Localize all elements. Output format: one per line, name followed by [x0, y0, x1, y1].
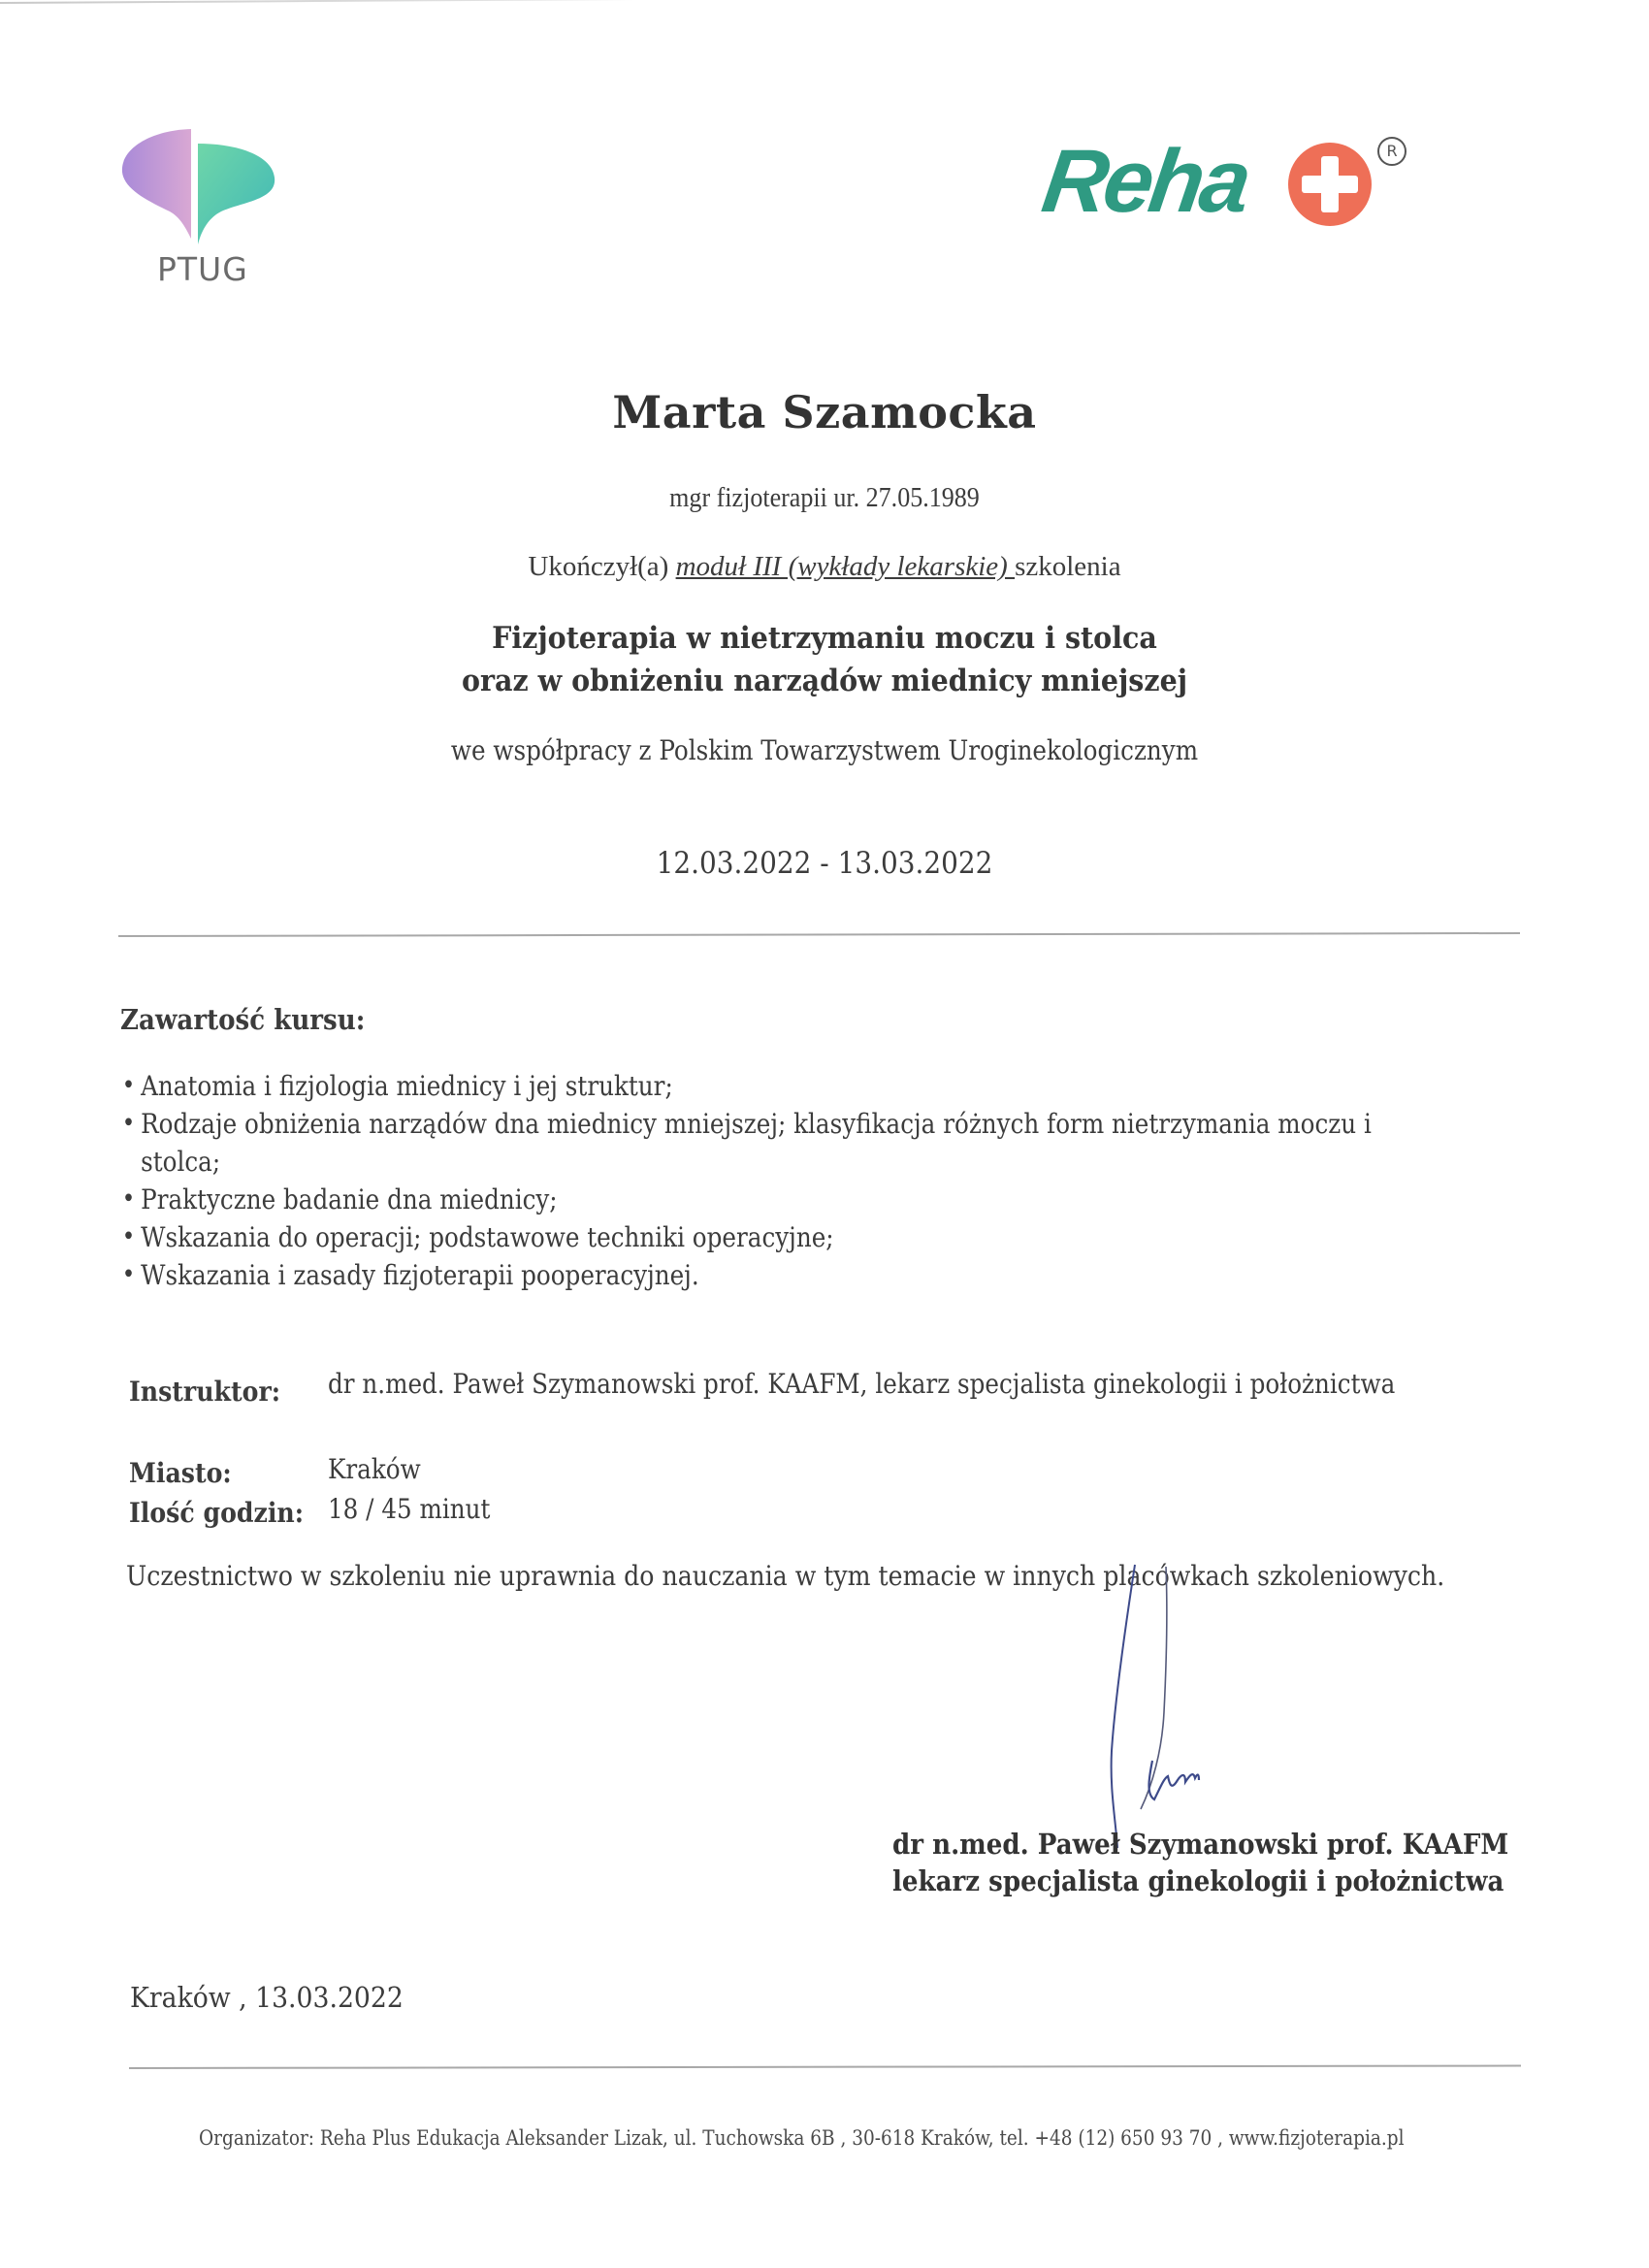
- signer-block: dr n.med. Paweł Szymanowski prof. KAAFM …: [892, 1826, 1508, 1899]
- recipient-details: mgr fizjoterapii ur. 27.05.1989: [58, 483, 1592, 514]
- hours-value: 18 / 45 minut: [328, 1493, 490, 1525]
- course-title: Fizjoterapia w nietrzymaniu moczu i stol…: [66, 617, 1583, 702]
- city-label: Miasto:: [129, 1457, 232, 1489]
- recipient-name: Marta Szamocka: [0, 386, 1649, 438]
- ptug-logo-icon: [116, 124, 281, 250]
- list-item: Wskazania i zasady fizjoterapii pooperac…: [120, 1256, 1524, 1294]
- scan-edge-line: [0, 0, 873, 4]
- reha-plus-logo: Reha R: [1038, 131, 1426, 243]
- place-and-date: Kraków , 13.03.2022: [130, 1981, 404, 2014]
- completion-suffix: szkolenia: [1015, 551, 1121, 582]
- divider-bottom: [129, 2064, 1521, 2069]
- instructor-value: dr n.med. Paweł Szymanowski prof. KAAFM,…: [328, 1368, 1395, 1400]
- completion-statement: Ukończył(a) moduł III (wykłady lekarskie…: [0, 551, 1649, 583]
- signature: [1077, 1557, 1271, 1848]
- handwritten-signature-icon: [1077, 1557, 1271, 1848]
- course-title-line2: oraz w obniżeniu narządów miednicy mniej…: [66, 660, 1583, 702]
- signer-title: lekarz specjalista ginekologii i położni…: [892, 1863, 1508, 1899]
- course-content-list: Anatomia i fizjologia miednicy i jej str…: [120, 1067, 1507, 1294]
- list-item-continuation: stolca;: [141, 1146, 220, 1178]
- list-item: Rodzaje obniżenia narządów dna miednicy …: [120, 1105, 1524, 1181]
- registered-mark-icon: R: [1377, 137, 1406, 166]
- ptug-logo-text: PTUG: [157, 250, 248, 288]
- module-name: moduł III (wykłady lekarskie): [676, 551, 1015, 582]
- list-item: Anatomia i fizjologia miednicy i jej str…: [120, 1067, 1524, 1105]
- divider-top: [118, 932, 1520, 937]
- city-value: Kraków: [328, 1453, 421, 1485]
- course-title-line1: Fizjoterapia w nietrzymaniu moczu i stol…: [66, 617, 1583, 660]
- list-item: Wskazania do operacji; podstawowe techni…: [120, 1218, 1524, 1256]
- ptug-logo: PTUG: [116, 124, 281, 299]
- list-item: Praktyczne badanie dna miednicy;: [120, 1181, 1524, 1218]
- completion-prefix: Ukończył(a): [528, 551, 675, 582]
- organizer-footer: Organizator: Reha Plus Edukacja Aleksand…: [199, 2126, 1404, 2150]
- instructor-label: Instruktor:: [129, 1376, 280, 1408]
- signer-name: dr n.med. Paweł Szymanowski prof. KAAFM: [892, 1826, 1508, 1863]
- list-item-text: Rodzaje obniżenia narządów dna miednicy …: [141, 1108, 1372, 1140]
- cooperation-statement: we współpracy z Polskim Towarzystwem Uro…: [99, 734, 1550, 766]
- hours-label: Ilość godzin:: [129, 1497, 304, 1529]
- course-dates: 12.03.2022 - 13.03.2022: [82, 846, 1567, 881]
- plus-circle-icon: [1288, 143, 1372, 226]
- course-content-heading: Zawartość kursu:: [120, 1003, 365, 1036]
- reha-wordmark: Reha: [1038, 137, 1253, 226]
